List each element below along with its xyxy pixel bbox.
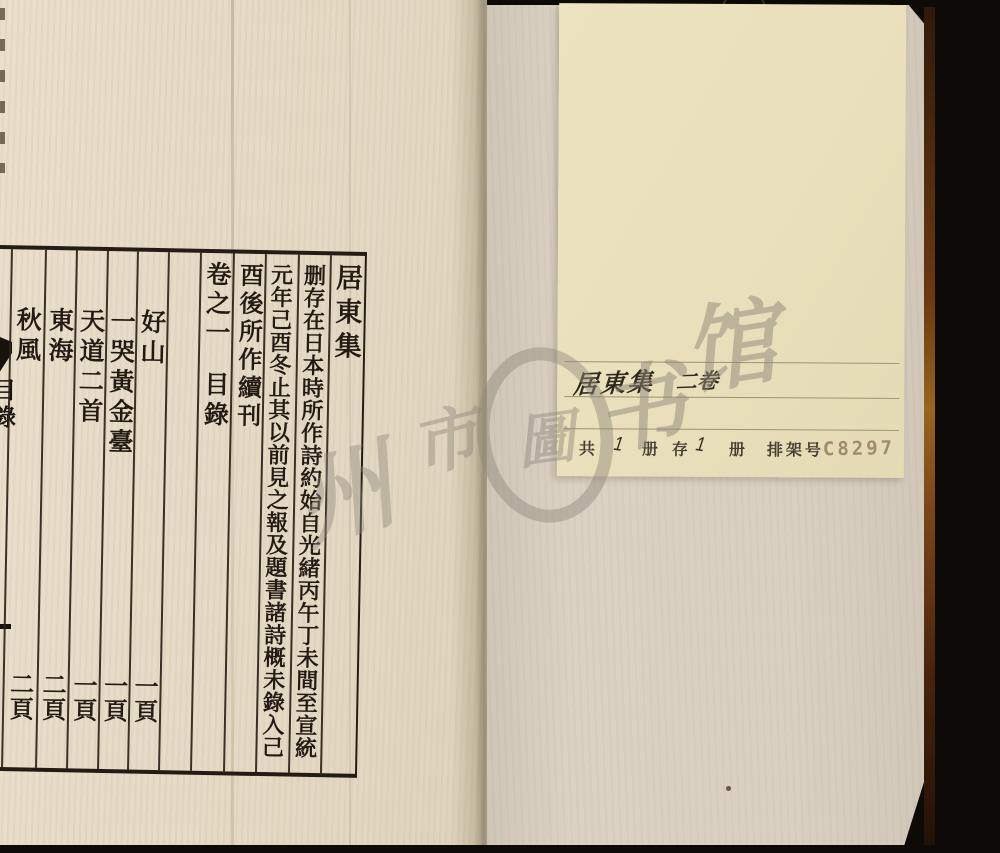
volume-label: 卷之一: [197, 261, 235, 349]
stored-value: 1: [694, 434, 706, 458]
toc-frame: 居東集 删存在日本時所作詩約始自光緒丙午丁未間至宣統 元年己酉冬止其以前見之報及…: [0, 244, 367, 778]
library-slip: 居東集二卷 共 1 册 存 1 册 排架号 C8297: [557, 3, 906, 478]
left-page: 目錄 居東集 删存在日本時所作詩約始自光緒丙午丁未間至宣統 元年己酉冬止其以前見…: [0, 0, 487, 845]
section-label: 目錄: [195, 371, 232, 432]
call-number-stamp: C8297: [823, 437, 896, 461]
entry-page-number: 一頁: [125, 673, 161, 724]
page-edge-remnants: [0, 8, 5, 173]
entry-page-number: 二頁: [33, 672, 69, 723]
unit-label: 册: [642, 437, 658, 460]
entry-title: 秋風: [7, 306, 44, 367]
stored-label: 存: [672, 437, 688, 460]
preface-line-3: 酉後所作續刊: [229, 262, 267, 431]
entry-title: 東海: [40, 307, 77, 368]
slip-rule-line: [564, 428, 899, 431]
entry-page-number: 一頁: [64, 672, 100, 723]
entry-page-number: 二頁: [1, 671, 37, 722]
paper-speck: [726, 786, 731, 791]
entry-page-number: 一頁: [95, 673, 131, 724]
library-stamp-char: 圖: [510, 389, 579, 480]
shelf-number-label: 排架号: [767, 437, 824, 460]
book-title: 居東集: [326, 263, 367, 366]
handwritten-volume: 二卷: [675, 369, 719, 395]
book-spine-edge: [924, 7, 935, 845]
unit-label: 册: [729, 437, 745, 460]
total-value: 1: [612, 434, 624, 458]
